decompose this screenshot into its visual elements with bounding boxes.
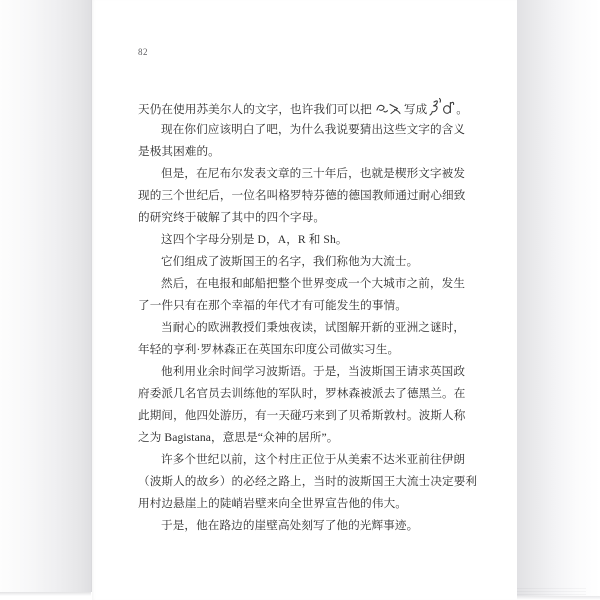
glyph-line-mid: 写成: [404, 103, 427, 116]
text-line: 府委派几名官员去训练他的军队时，罗林森被派去了德黑兰。在: [138, 383, 465, 405]
text-line: 用村边悬崖上的陡峭岩壁来向全世界宣告他的伟大。: [138, 493, 465, 515]
book-page: 82 天仍在使用苏美尔人的文字，也许我们可以把 写成 。 现在你们应该明白了吧，…: [92, 0, 517, 600]
text-line: 此期间，他四处游历，有一天碰巧来到了贝希斯敦村。波斯人称: [138, 405, 465, 427]
right-page-curl-edge: [517, 0, 600, 596]
text-line: 它们组成了波斯国王的名字，我们称他为大流士。: [138, 251, 465, 273]
text-line: 年轻的亨利·罗林森正在英国东印度公司做实习生。: [138, 339, 465, 361]
text-line: 这四个字母分别是 D，A，R 和 Sh。: [138, 229, 465, 251]
text-line: 但是，在尼布尔发表文章的三十年后，也就是楔形文字被发: [138, 163, 465, 185]
text-line: （波斯人的故乡）的必经之路上，当时的波斯国王大流士决定要利: [138, 471, 465, 493]
text-line: 之为 Bagistana，意思是“众神的居所”。: [138, 427, 465, 449]
text-block: 天仍在使用苏美尔人的文字，也许我们可以把 写成 。 现在你们应该明白了吧，为什么…: [138, 97, 465, 537]
text-lines-container: 现在你们应该明白了吧，为什么我说要猜出这些文字的含义是极其困难的。但是，在尼布尔…: [138, 119, 465, 537]
text-line: 当耐心的欧洲教授们秉烛夜读，试图解开新的亚洲之谜时，: [138, 317, 465, 339]
text-line: 现在你们应该明白了吧，为什么我说要猜出这些文字的含义: [138, 119, 465, 141]
text-line: 的研究终于破解了其中的四个字母。: [138, 207, 465, 229]
cuneiform-glyph-1-icon: [373, 101, 403, 116]
text-line: 是极其困难的。: [138, 141, 465, 163]
cuneiform-glyph-2-icon: [428, 97, 455, 116]
page-number: 82: [138, 47, 148, 57]
text-line: 了一件只有在那个幸福的年代才有可能发生的事情。: [138, 295, 465, 317]
text-line: 然后，在电报和邮船把整个世界变成一个大城市之前，发生: [138, 273, 465, 295]
glyph-line: 天仍在使用苏美尔人的文字，也许我们可以把 写成 。: [138, 97, 465, 119]
glyph-line-pre: 天仍在使用苏美尔人的文字，也许我们可以把: [138, 103, 372, 116]
text-line: 现的三个世纪后，一位名叫格罗特芬德的德国教师通过耐心细致: [138, 185, 465, 207]
text-line: 许多个世纪以前，这个村庄正位于从美索不达米亚前往伊朗: [138, 449, 465, 471]
text-line: 他利用业余时间学习波斯语。于是，当波斯国王请求英国政: [138, 361, 465, 383]
text-line: 于是，他在路边的崖壁高处刻写了他的光辉事迹。: [138, 515, 465, 537]
glyph-line-end: 。: [456, 103, 468, 116]
left-page-stack-edge: [0, 0, 92, 592]
